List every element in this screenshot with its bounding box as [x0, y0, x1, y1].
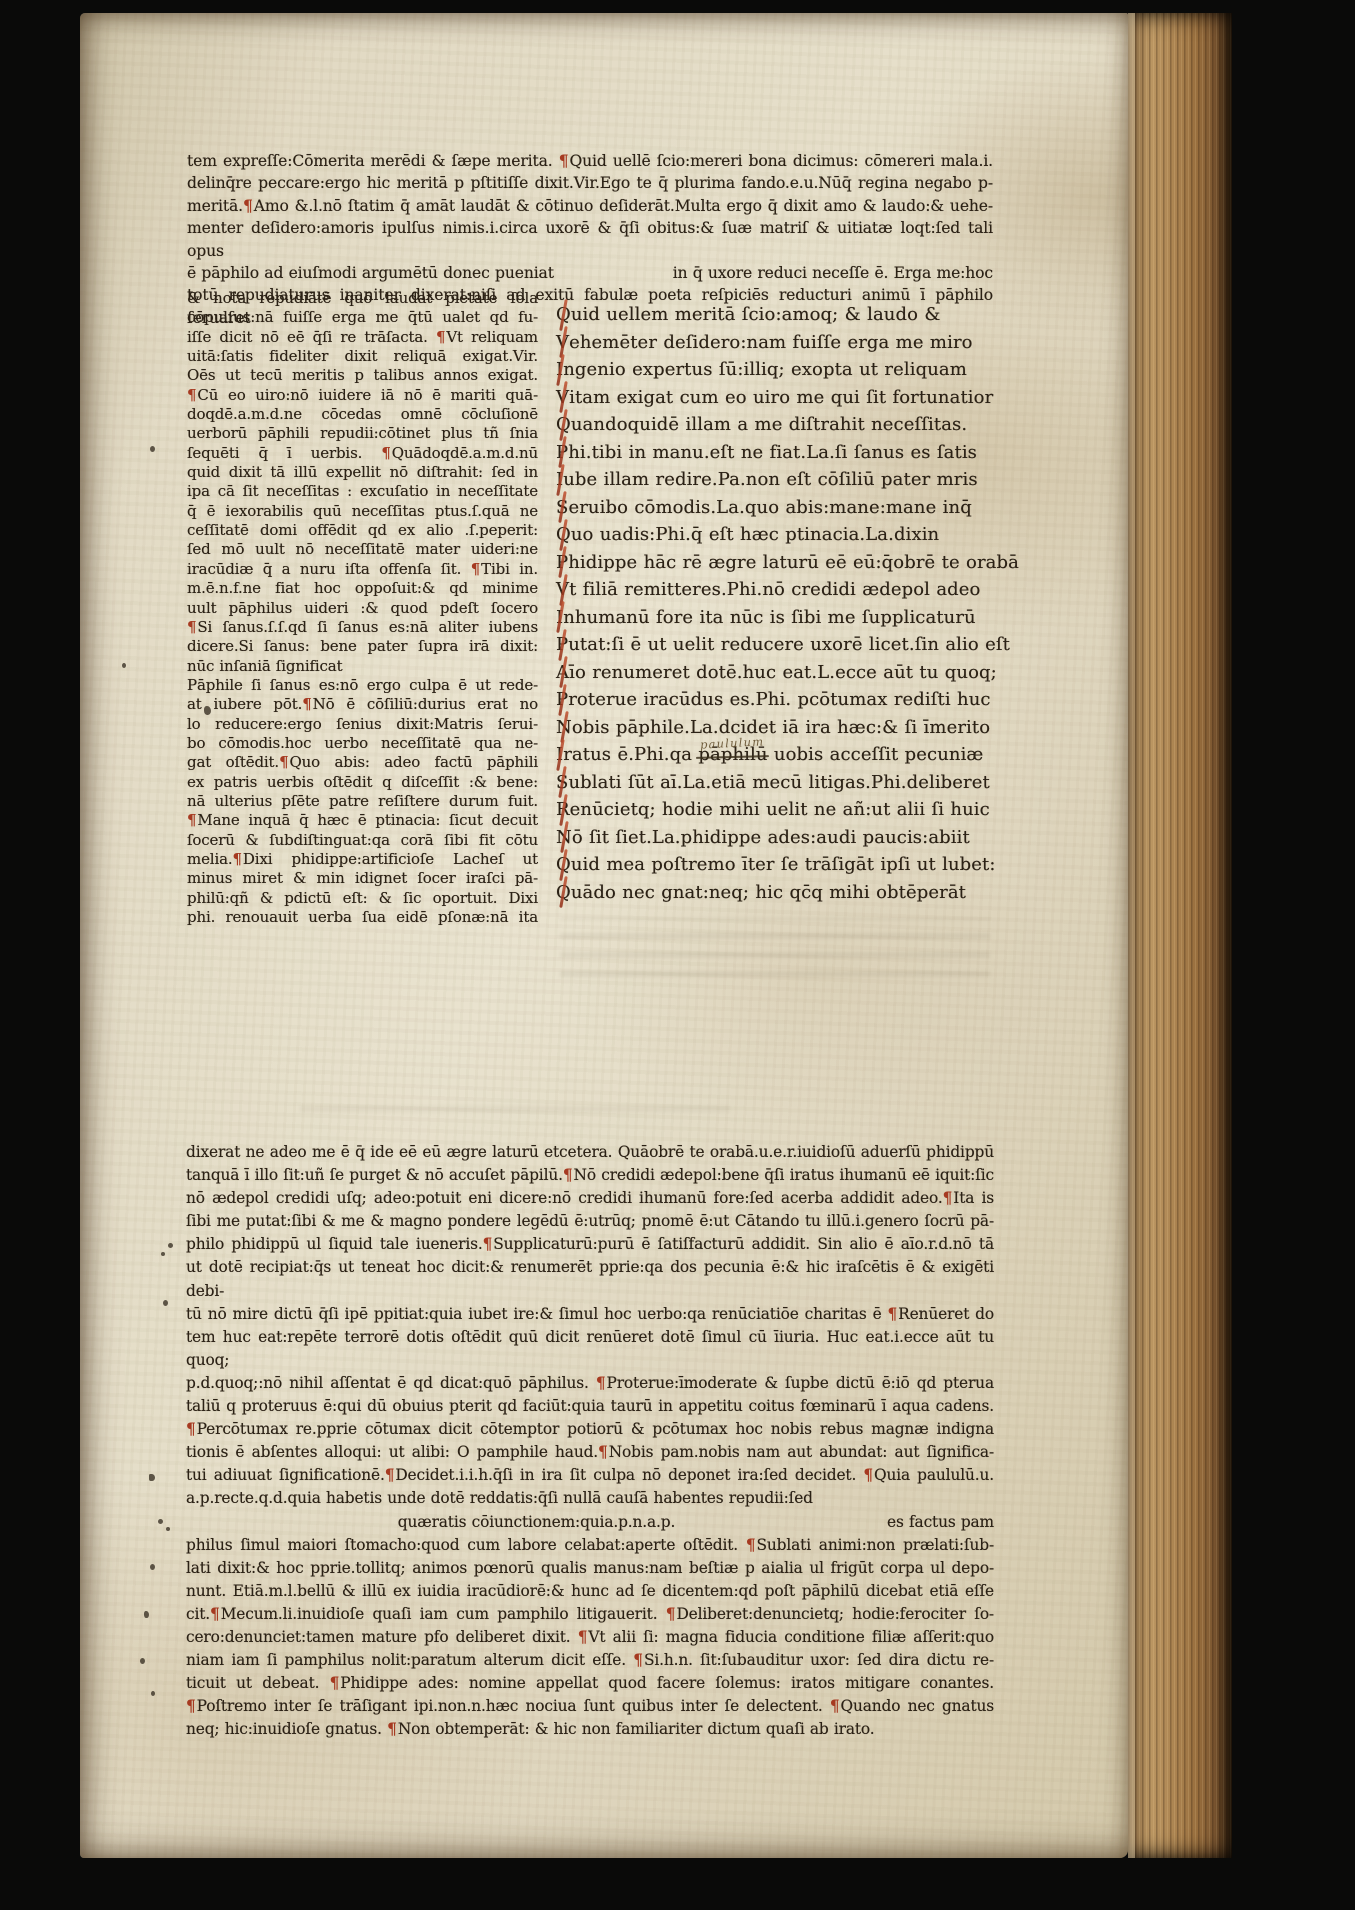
text-line: ¶Percōtumax re.pprie cōtumax dicit cōtem… — [186, 1418, 994, 1441]
text-line: lo reducere:ergo ſenius dixit:Matris ſer… — [187, 715, 538, 734]
text-line: ē pāphilo ad eiuſmodi argumētū donec pue… — [187, 262, 993, 284]
pilcrow-mark: ¶ — [187, 386, 197, 404]
margin-mark — [163, 1300, 168, 1306]
text-line: ticuit ut debeat. ¶Phidippe ades: nomine… — [186, 1672, 994, 1695]
margin-mark — [150, 1564, 155, 1570]
text-segment: es factus pam — [887, 1511, 994, 1534]
pilcrow-mark: ¶ — [187, 618, 197, 636]
text-line: quæratis cōiunctionem:quia.p.n.a.p.es fa… — [186, 1511, 994, 1534]
text-line: neq; hic:inuidioſe gnatus. ¶Non obtemper… — [186, 1718, 994, 1741]
text-segment: in q̄ uxore reduci neceſſe ē. Erga me:ho… — [673, 262, 993, 284]
text-line: Quandoquidē illam a me diſtrahit neceſſi… — [556, 411, 994, 439]
text-line: doqdē.a.m.d.ne cōcedas omnē cōcluſionē — [187, 405, 538, 424]
margin-mark — [161, 1252, 165, 1256]
margin-mark — [158, 1519, 163, 1524]
text-line: ſocerū & ſubdiſtinguat:qa corā ſibi fit … — [187, 831, 538, 850]
text-line: Putat:ſi ē ut uelit reducere uxorē licet… — [556, 631, 994, 659]
rubricated-initial: Q — [556, 879, 571, 907]
text-line: tū nō mire dictū q̄ſi ipē ppitiat:quia i… — [186, 1303, 994, 1326]
pilcrow-mark: ¶ — [279, 753, 289, 771]
text-line: bo cōmodis.hoc uerbo neceſſitatē qua ne- — [187, 734, 538, 753]
pilcrow-mark: ¶ — [596, 1374, 607, 1392]
text-line: melia.¶Dixi phidippe:artificioſe Lacheſ … — [187, 850, 538, 869]
text-line: p.d.quoq;:nō nihil aſſentat ē qd dicat:q… — [186, 1372, 994, 1395]
rubricated-initial: P — [556, 631, 568, 659]
rubricated-initial: Q — [556, 521, 571, 549]
text-line: Seruibo cōmodis.La.quo abis:mane:mane in… — [556, 494, 994, 522]
pilcrow-mark: ¶ — [387, 1720, 398, 1738]
pilcrow-mark: ¶ — [559, 151, 570, 170]
text-line: Vehemēter deſidero:nam fuiſſe erga me mi… — [556, 329, 994, 357]
rubricated-initial: Q — [556, 301, 571, 329]
scan-background: { "document": { "kind": "incunabulum pri… — [0, 0, 1355, 1910]
text-line: iracūdiæ q̄ a nuru iſta offenſa ſit. ¶Ti… — [187, 560, 538, 579]
text-line: tanquā ī illo ſit:uñ ſe purget & nō accu… — [186, 1164, 994, 1187]
pilcrow-mark: ¶ — [863, 1466, 874, 1484]
text-line: cero:denunciet:tamen mature pfo delibere… — [186, 1626, 994, 1649]
ink-speck — [122, 663, 126, 668]
pilcrow-mark: ¶ — [563, 1166, 574, 1184]
text-line: quid dixit tā illū expellit nō diſtrahit… — [187, 463, 538, 482]
text-line: Vitam exigat cum eo uiro me qui ſit fort… — [556, 384, 994, 412]
text-line: delinq̄re peccare:ergo hic meritā p pſti… — [187, 172, 993, 194]
text-line: Quid mea poſtremo īter ſe trāſigāt ipſi … — [556, 851, 994, 879]
text-line: ¶Poſtremo inter ſe trāſigant ipi.non.n.h… — [186, 1695, 994, 1718]
text-line: & nota repudiātē quō laudat pietate ſola — [187, 289, 538, 308]
pilcrow-mark: ¶ — [233, 850, 243, 868]
text-line: Quid uellem meritā ſcio:amoq; & laudo & — [556, 301, 994, 329]
rubricated-initial: P — [556, 686, 568, 714]
text-line: meritā.¶Amo &.l.nō ſtatim q̄ amāt laudāt… — [187, 195, 993, 217]
commentary-left-column: & nota repudiātē quō laudat pietate ſola… — [187, 289, 538, 927]
text-segment: quæratis cōiunctionem:quia.p.n.a.p. — [398, 1511, 675, 1534]
pilcrow-mark: ¶ — [830, 1697, 841, 1715]
text-line: tionis ē abſentes alloqui: ut alibi: O p… — [186, 1441, 994, 1464]
text-line: ſequēti q̄ ī uerbis. ¶Quādoqdē.a.m.d.nū — [187, 444, 538, 463]
text-line: tui adiuuat ſignificationē.¶Decidet.i.i.… — [186, 1464, 994, 1487]
text-line: m.ē.n.f.ne fiat hoc oppoſuit:& qd minime — [187, 579, 538, 598]
text-line: Iube illam redire.Pa.non eſt cōſiliū pat… — [556, 466, 994, 494]
pilcrow-mark: ¶ — [187, 811, 197, 829]
text-line: tem huc eat:repēte terrorē dotis oſtēdit… — [186, 1326, 994, 1372]
pilcrow-mark: ¶ — [471, 560, 481, 578]
text-line: cit.¶Mecum.li.inuidioſe quaſi iam cum pa… — [186, 1603, 994, 1626]
pilcrow-mark: ¶ — [598, 1443, 609, 1461]
text-line: Pāphile ſi ſanus es:nō ergo culpa ē ut r… — [187, 676, 538, 695]
text-line: uult pāphilus uideri :& quod pdeſt ſocer… — [187, 599, 538, 618]
pilcrow-mark: ¶ — [746, 1536, 757, 1554]
text-line: ipa cā ſit neceſſitas : excuſatio in nec… — [187, 482, 538, 501]
pilcrow-mark: ¶ — [888, 1305, 899, 1323]
ink-blot — [204, 706, 211, 715]
text-line: lati dixit:& hoc pprie.tollitq; animos p… — [186, 1557, 994, 1580]
text-line: phi. renouauit uerba ſua eidē pſonæ:nā i… — [187, 908, 538, 927]
leaf-edge-highlight — [1128, 13, 1135, 1858]
text-line: nunt. Etiā.m.l.bellū & illū ex iuidia ir… — [186, 1580, 994, 1603]
pilcrow-mark: ¶ — [302, 695, 312, 713]
rubricated-initial: S — [556, 494, 568, 522]
text-line: Vt filiā remitteres.Phi.nō credidi ædepo… — [556, 576, 994, 604]
book-fore-edge — [1128, 13, 1232, 1858]
margin-mark — [168, 1243, 173, 1248]
rubricated-initial: V — [556, 384, 569, 412]
text-line: Renūcietq; hodie mihi uelit ne añ:ut ali… — [556, 796, 994, 824]
ink-speck — [150, 446, 155, 452]
pilcrow-mark: ¶ — [578, 1628, 589, 1646]
margin-mark — [140, 1658, 145, 1664]
rubricated-initial: R — [556, 796, 570, 824]
pilcrow-mark: ¶ — [385, 1466, 396, 1484]
rubricated-initial: Q — [556, 851, 571, 879]
struck-word: pāphilūpaululum — [698, 744, 767, 765]
text-line: Nō ſit ſiet.La.phidippe ades:audi paucis… — [556, 824, 994, 852]
text-line: uerborū pāphili repudii:cōtinet plus tñ … — [187, 424, 538, 443]
text-line: q̄ ē iexorabilis quū neceſſitas ptus.ſ.q… — [187, 502, 538, 521]
rubricated-initial: P — [556, 439, 568, 467]
text-line: gat oſtēdit.¶Quo abis: adeo factū pāphil… — [187, 753, 538, 772]
text-line: nā ulterius pſēte patre reſiſtere durum … — [187, 792, 538, 811]
text-line: iſſe dicit nō eē q̄ſi re trāſacta. ¶Vt r… — [187, 328, 538, 347]
pilcrow-mark: ¶ — [381, 444, 391, 462]
text-segment: ē pāphilo ad eiuſmodi argumētū donec pue… — [187, 262, 554, 284]
text-line: Nobis pāphile.La.dcidet iā ira hæc:& ſi … — [556, 714, 994, 742]
text-line: ¶Mane inquā q̄ hæc ē ptinacia: ſicut dec… — [187, 811, 538, 830]
text-line: taliū q proteruus ē:qui dū obuius pterit… — [186, 1395, 994, 1418]
text-line: Inhumanū fore ita nūc is ſibi me ſupplic… — [556, 604, 994, 632]
rubricated-initial: N — [556, 714, 572, 742]
text-line: ceſſitatē domi offēdit qd ex alio .ſ.pep… — [187, 521, 538, 540]
text-line: menter deſidero:amoris ipulſus nimis.i.c… — [187, 217, 993, 262]
pilcrow-mark: ¶ — [210, 1605, 221, 1623]
text-line: Aīo renumeret dotē.huc eat.L.ecce aūt tu… — [556, 659, 994, 687]
text-line: at iubere pōt.¶Nō ē cōſiliū:durius erat … — [187, 695, 538, 714]
text-line: Ingenio expertus ſū:illiq; exopta ut rel… — [556, 356, 994, 384]
verse-text-column: Quid uellem meritā ſcio:amoq; & laudo &V… — [556, 301, 994, 906]
rubricated-initial: N — [556, 824, 572, 852]
text-line: nō ædepol credidi uſq; adeo:potuit eni d… — [186, 1187, 994, 1210]
pilcrow-mark: ¶ — [243, 196, 254, 215]
rubricated-initial: I — [556, 604, 563, 632]
text-line: minus miret & min idignet ſocer iraſci p… — [187, 869, 538, 888]
rubricated-initial: Q — [556, 411, 571, 439]
text-line: Oēs ut tecū meritis p talibus annos exig… — [187, 366, 538, 385]
pilcrow-mark: ¶ — [436, 328, 446, 346]
rubricated-initial: I — [556, 466, 563, 494]
pilcrow-mark: ¶ — [633, 1651, 644, 1669]
handwritten-gloss: paululum — [700, 728, 766, 759]
text-line: ¶Cū eo uiro:nō iuidere iā nō ē mariti qu… — [187, 386, 538, 405]
text-line: philū:qñ & pdictū eſt: & ſic oportuit. D… — [187, 889, 538, 908]
text-line: niam iam ſi pamphilus nolit:paratum alte… — [186, 1649, 994, 1672]
text-line: Sublati ſūt aī.La.etiā mecū litigas.Phi.… — [556, 769, 994, 797]
pilcrow-mark: ¶ — [666, 1605, 677, 1623]
text-line: a.p.recte.q.d.quia habetis unde dotē red… — [186, 1487, 994, 1510]
text-line: cōpulſus:nā fuiſſe erga me q̄tū ualet qd… — [187, 308, 538, 327]
rubricated-initial: P — [556, 549, 568, 577]
text-line: philus ſimul maiori ſtomacho:quod cum la… — [186, 1534, 994, 1557]
text-line: Iratus ē.Phi.qa pāphilūpaululum uobis ac… — [556, 741, 994, 769]
pilcrow-mark: ¶ — [186, 1697, 197, 1715]
rubricated-initial: V — [556, 329, 569, 357]
rubricated-initial: I — [556, 741, 563, 769]
rubricated-initial: S — [556, 769, 568, 797]
margin-mark — [151, 1691, 155, 1696]
margin-mark — [166, 1527, 170, 1531]
text-line: dicere.Si ſanus: bene pater ſupra irā di… — [187, 637, 538, 656]
text-line: Proterue iracūdus es.Phi. pcōtumax rediſ… — [556, 686, 994, 714]
text-line: ſed mō uult nō neceſſitatē mater uideri:… — [187, 540, 538, 559]
text-line: ex patris uerbis oſtēdit q diſceſſit :& … — [187, 773, 538, 792]
text-line: tem expreſſe:Cōmerita merēdi & ſæpe meri… — [187, 150, 993, 172]
text-line: philo phidippū ul ſiquid tale iueneris.¶… — [186, 1233, 994, 1256]
rubricated-initial: V — [556, 576, 569, 604]
rubricated-initial: A — [556, 659, 569, 687]
commentary-footer-block: dixerat ne adeo me ē q̄ ide eē eū ægre l… — [186, 1141, 994, 1741]
text-line: uitā:ſatis fideliter dixit reliquā exiga… — [187, 347, 538, 366]
pilcrow-mark: ¶ — [943, 1189, 954, 1207]
margin-mark — [144, 1611, 149, 1618]
text-line: Quādo nec gnat:neq; hic qc̄q mihi obtēpe… — [556, 879, 994, 907]
pilcrow-mark: ¶ — [330, 1674, 341, 1692]
text-line: nūc inſaniā ſignificat — [187, 657, 538, 676]
text-line: Phidippe hāc rē ægre laturū eē eū:q̄obrē… — [556, 549, 994, 577]
pilcrow-mark: ¶ — [483, 1235, 494, 1253]
margin-mark — [149, 1474, 155, 1481]
rubricated-initial: I — [556, 356, 563, 384]
text-line: Phi.tibi in manu.eſt ne fiat.La.ſi ſanus… — [556, 439, 994, 467]
pilcrow-mark: ¶ — [186, 1420, 197, 1438]
text-line: ſibi me putat:ſibi & me & magno pondere … — [186, 1210, 994, 1233]
text-line: ut dotē recipiat:q̄s ut teneat hoc dicit… — [186, 1256, 994, 1302]
text-line: Quo uadis:Phi.q̄ eſt hæc ptinacia.La.dix… — [556, 521, 994, 549]
text-line: dixerat ne adeo me ē q̄ ide eē eū ægre l… — [186, 1141, 994, 1164]
text-line: ¶Si ſanus.ſ.ſ.qd ſi ſanus es:nā aliter i… — [187, 618, 538, 637]
